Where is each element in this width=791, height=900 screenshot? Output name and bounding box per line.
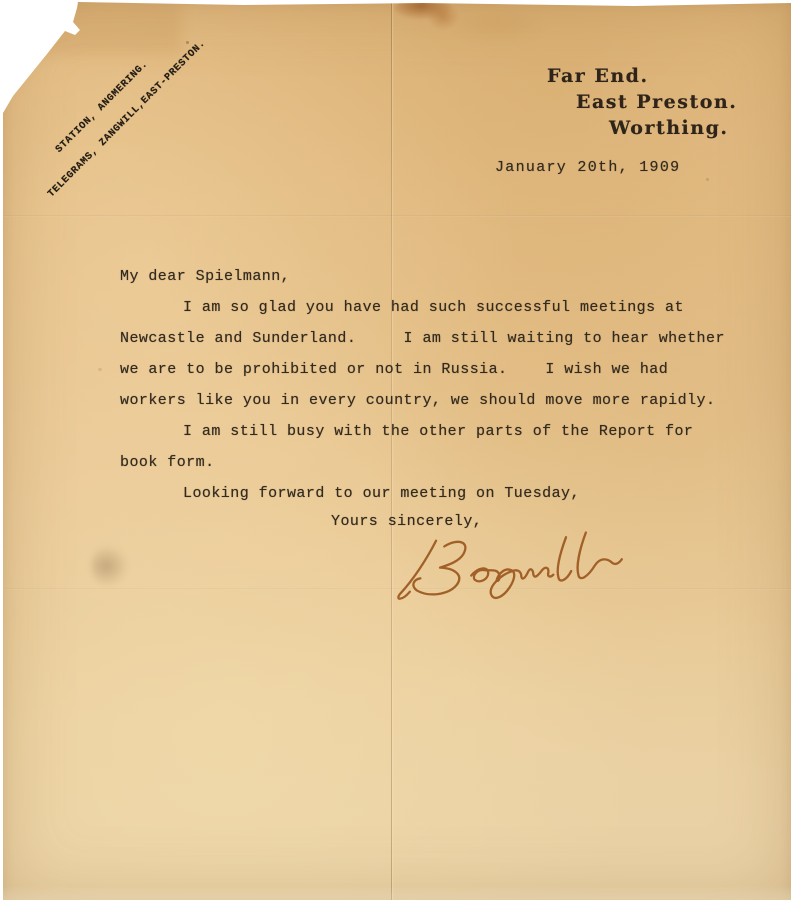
bottom-edge-highlight [3,886,791,900]
letterhead-line-3: Worthing. [609,117,729,139]
letter-photo: STATION, ANGMERING. TELEGRAMS, ZANGWILL,… [0,0,791,900]
signature-stroke [471,566,554,599]
body-line: I am still busy with the other parts of … [183,423,693,440]
vertical-fold-line [391,2,392,900]
signature-stroke [557,537,572,581]
body-line: Looking forward to our meeting on Tuesda… [183,485,580,502]
body-line: book form. [120,454,215,471]
signature-stroke [576,531,622,578]
body-line: workers like you in every country, we sh… [120,392,715,409]
horizontal-fold-line-upper [3,215,791,217]
body-line: we are to be prohibited or not in Russia… [120,361,668,378]
smudge-stain [91,545,129,587]
body-line: I am so glad you have had such successfu… [183,299,684,316]
body-line: Newcastle and Sunderland. I am still wai… [120,330,725,347]
letterhead-line-1: Far End. [547,65,649,87]
salutation-line: My dear Spielmann, [120,268,290,285]
signature-zangwill [374,521,657,611]
tea-stain [453,6,543,44]
letter-paper: STATION, ANGMERING. TELEGRAMS, ZANGWILL,… [3,2,791,900]
date-line: January 20th, 1909 [495,159,680,176]
paper-speck [706,178,709,181]
letterhead-line-2: East Preston. [576,91,737,113]
paper-speck [98,368,102,371]
